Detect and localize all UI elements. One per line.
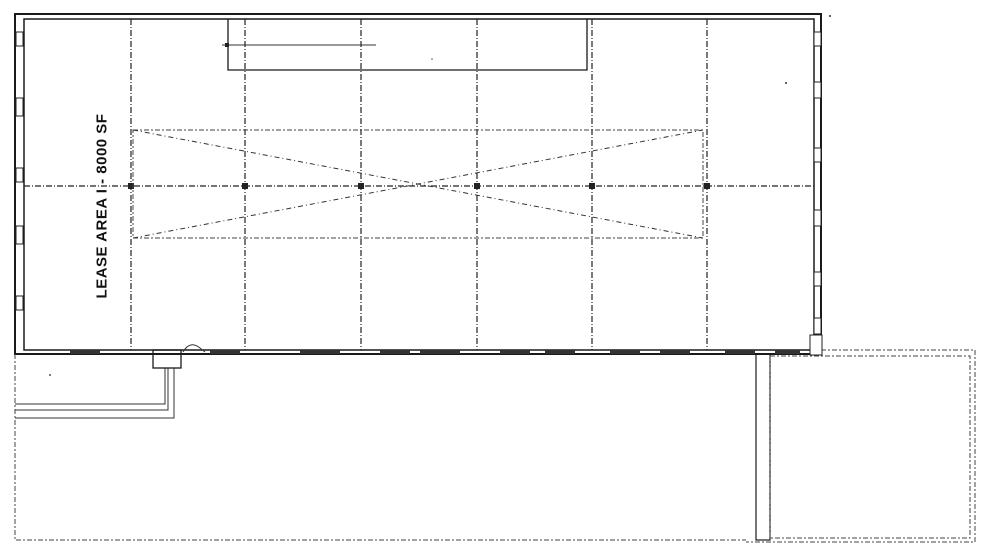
bottom-left-annex <box>15 345 746 540</box>
top-office-box <box>222 19 587 70</box>
lease-area-label: LEASE AREA I - 8000 SF <box>94 114 111 299</box>
floor-plan-drawing <box>0 0 984 553</box>
left-wall-windows <box>16 32 23 310</box>
open-area-x-rectangle <box>133 130 703 238</box>
scan-artifacts <box>49 15 831 376</box>
bottom-right-annex <box>746 335 975 542</box>
right-wall-windows <box>814 32 821 334</box>
